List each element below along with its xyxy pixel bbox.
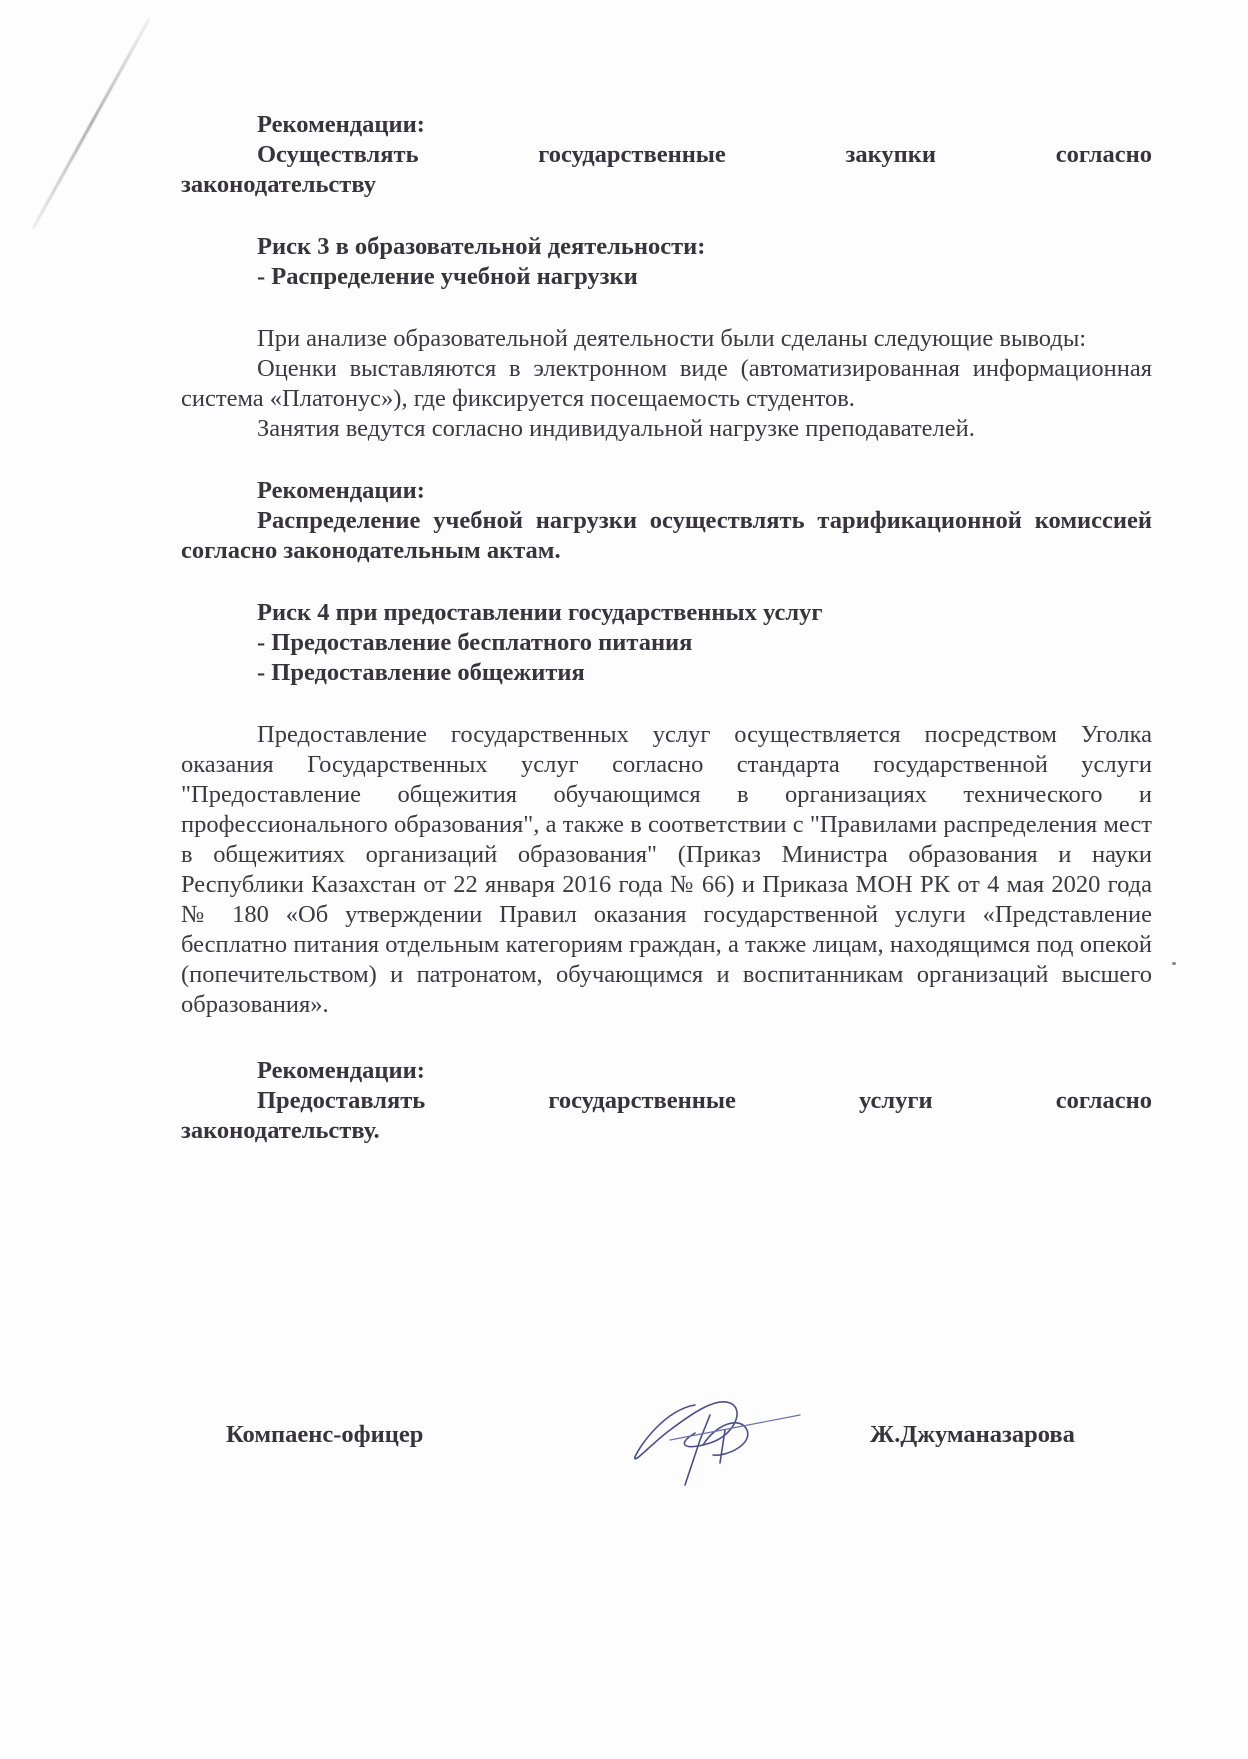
analysis-paragraph-1: При анализе образовательной деятельности… [181, 324, 1152, 354]
rec1-word: закупки [846, 140, 936, 170]
analysis-paragraph-3: Занятия ведутся согласно индивидуальной … [181, 414, 1152, 444]
rec3-line: Предоставлять государственные услуги сог… [181, 1086, 1152, 1116]
handwritten-signature-icon [625, 1385, 815, 1495]
rec3-word: услуги [859, 1086, 933, 1116]
rec3-tail: законодательству. [181, 1116, 1152, 1146]
rec3-word: согласно [1056, 1086, 1152, 1116]
risk3-title: Риск 3 в образовательной деятельности: [181, 232, 1152, 262]
rec3-word: Предоставлять [257, 1086, 425, 1116]
scan-artifact-line [32, 18, 151, 229]
rec1-word: Осуществлять [257, 140, 419, 170]
rec1-word: согласно [1056, 140, 1152, 170]
risk4-item: - Предоставление бесплатного питания [181, 628, 1152, 658]
rec2-text: Распределение учебной нагрузки осуществл… [181, 506, 1152, 566]
rec2-heading: Рекомендации: [181, 476, 1152, 506]
risk4-item: - Предоставление общежития [181, 658, 1152, 688]
rec1-heading: Рекомендации: [181, 110, 1152, 140]
analysis-paragraph-2: Оценки выставляются в электронном виде (… [181, 354, 1152, 414]
signer-position: Компаенс-офицер [226, 1421, 423, 1449]
scan-speck [1172, 962, 1176, 965]
rec1-word: государственные [538, 140, 726, 170]
scan-speck [682, 881, 685, 884]
services-paragraph: Предоставление государственных услуг осу… [181, 720, 1152, 1020]
risk4-title: Риск 4 при предоставлении государственны… [181, 598, 1152, 628]
rec1-line: Осуществлять государственные закупки сог… [181, 140, 1152, 170]
rec1-tail: законодательству [181, 170, 1152, 200]
risk3-item: - Распределение учебной нагрузки [181, 262, 1152, 292]
signature-block: Компаенс-офицер Ж.Джуманазарова [0, 1413, 1248, 1473]
signer-name: Ж.Джуманазарова [870, 1421, 1075, 1449]
rec3-heading: Рекомендации: [181, 1056, 1152, 1086]
rec3-word: государственные [548, 1086, 736, 1116]
document-page: Рекомендации: Осуществлять государственн… [181, 110, 1152, 1146]
